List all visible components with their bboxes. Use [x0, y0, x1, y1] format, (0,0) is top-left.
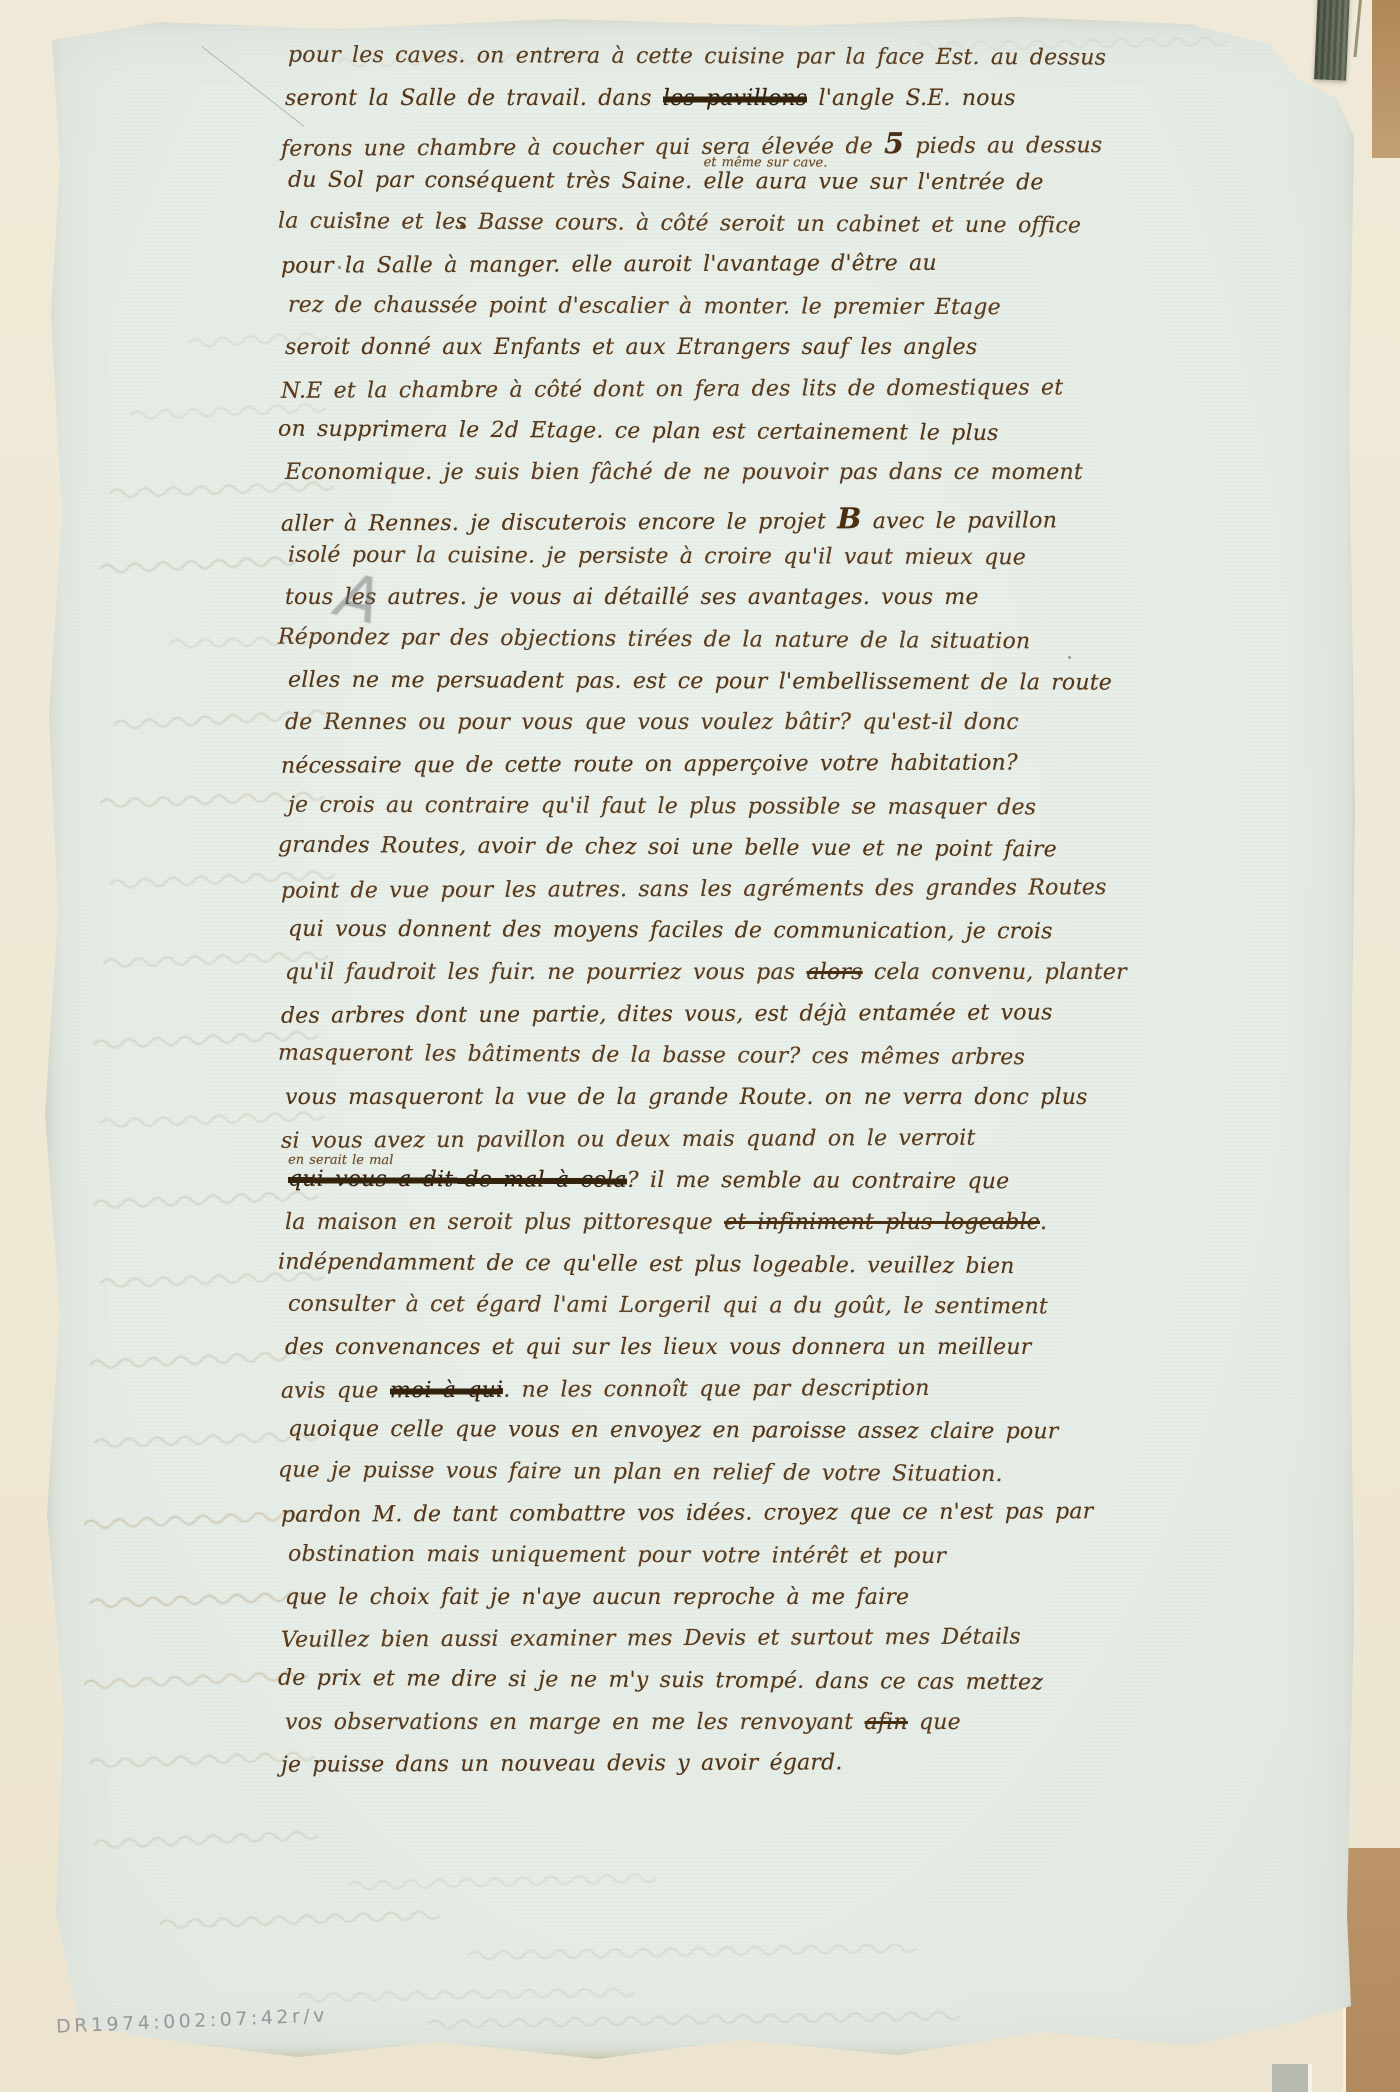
ink-segment: qui vous donnent des moyens faciles de c…	[288, 917, 1053, 945]
ink-segment: on supprimera le 2d Etage. ce plan est c…	[278, 416, 999, 445]
backing-board-bottom-right	[1343, 1848, 1400, 2092]
struck-ink-segment: alors	[806, 960, 862, 985]
ink-segment: je crois au contraire qu'il faut le plus…	[288, 792, 1036, 820]
manuscript-line: en serait le malqui vous a dit de mal à …	[288, 1167, 1063, 1211]
showthrough-line	[100, 1111, 300, 1130]
manuscript-line: consulter à cet égard l'ami Lorgeril qui…	[288, 1292, 1063, 1336]
ink-segment: indépendamment de ce qu'elle est plus lo…	[278, 1249, 1015, 1278]
ink-segment: de Rennes ou pour vous que vous voulez b…	[285, 710, 1019, 735]
ink-segment: ? il me semble au contraire que	[627, 1168, 1010, 1194]
manuscript-line: masqueront les bâtiments de la basse cou…	[278, 1041, 1053, 1087]
manuscript-line: aller à Rennes. je discuterois encore le…	[281, 500, 1056, 545]
manuscript-line: pardon M. de tant combattre vos idées. c…	[281, 1500, 1056, 1545]
manuscript-line: que je puisse vous faire un plan en reli…	[278, 1457, 1053, 1503]
ink-segment: consulter à cet égard l'ami Lorgeril qui…	[288, 1292, 1048, 1320]
ink-segment: nécessaire que de cette route on apperço…	[281, 750, 1018, 778]
ink-segment: Veuillez bien aussi examiner mes Devis e…	[281, 1625, 1021, 1653]
ink-segment: pardon M. de tant combattre vos idées. c…	[281, 1500, 1094, 1529]
showthrough-line	[90, 1750, 305, 1769]
ink-segment: Economique. je suis bien fâché de ne pou…	[285, 460, 1083, 485]
manuscript-line: N.E et la chambre à côté dont on fera de…	[281, 375, 1056, 420]
manuscript-line: des arbres dont une partie, dites vous, …	[281, 1000, 1056, 1045]
ink-segment: isolé pour la cuisine. je persiste à cro…	[288, 542, 1026, 570]
manuscript-line: de prix et me dire si je ne m'y suis tro…	[278, 1666, 1053, 1712]
manuscript-line: Répondez par des objections tirées de la…	[278, 625, 1053, 671]
ink-segment: elles ne me persuadent pas. est ce pour …	[288, 667, 1112, 695]
manuscript-line: nécessaire que de cette route on apperço…	[281, 750, 1056, 795]
struck-ink-segment: qui vous a dit de mal à cela	[288, 1167, 627, 1193]
ink-segment: que	[908, 1710, 961, 1735]
showthrough-line	[90, 1349, 305, 1370]
ink-segment: N.E et la chambre à côté dont on fera de…	[281, 375, 1063, 403]
struck-ink-segment: afin	[865, 1710, 908, 1735]
ink-segment: . ne les connoît que par description	[503, 1375, 929, 1402]
manuscript-line: je crois au contraire qu'il faut le plus…	[288, 792, 1063, 836]
ink-segment: elle aura vue sur l'entrée de	[703, 169, 1043, 195]
backing-board-top-right	[1372, 0, 1400, 158]
ink-speck	[1068, 656, 1071, 659]
ink-segment: pieds au dessus	[904, 133, 1102, 159]
mount-tab	[1272, 2064, 1308, 2092]
ink-segment: que je puisse vous faire un plan en reli…	[278, 1457, 1003, 1486]
struck-ink-segment: et infiniment plus logeable	[724, 1210, 1040, 1235]
ink-segment: vous masqueront la vue de la grande Rout…	[285, 1085, 1088, 1110]
manuscript-line: ferons une chambre à coucher qui sera él…	[281, 126, 1056, 171]
showthrough-line	[90, 1590, 305, 1609]
ink-segment: la maison en seroit plus pittoresque	[285, 1210, 724, 1235]
showthrough-line	[94, 1189, 309, 1210]
manuscript-line: quoique celle que vous en envoyez en par…	[288, 1417, 1063, 1461]
manuscript-text: pour les caves. on entrera à cette cuisi…	[285, 44, 1060, 1793]
ink-segment: l'angle S.E. nous	[807, 86, 1015, 111]
manuscript-line: avis que moi à qui. ne les connoît que p…	[281, 1375, 1056, 1420]
showthrough-line	[298, 1986, 618, 2004]
ink-segment: rez de chaussée point d'escalier à monte…	[288, 293, 1001, 320]
ink-segment: obstination mais uniquement pour votre i…	[288, 1542, 946, 1569]
manuscript-line: des convenances et qui sur les lieux vou…	[285, 1335, 1060, 1377]
manuscript-line: du Sol par conséquent très Saine. et mêm…	[288, 168, 1063, 212]
showthrough-line	[94, 1430, 304, 1449]
struck-ink-segment: moi à qui	[390, 1377, 503, 1402]
ink-segment: des convenances et qui sur les lieux vou…	[285, 1335, 1031, 1360]
ink-segment: Répondez par des objections tirées de la…	[278, 625, 1030, 655]
ink-segment: seroit donné aux Enfants et aux Etranger…	[285, 335, 977, 360]
manuscript-line: point de vue pour les autres. sans les a…	[281, 875, 1056, 920]
showthrough-line	[428, 2009, 948, 2030]
showthrough-line	[94, 1829, 304, 1850]
showthrough-line	[348, 1872, 648, 1892]
manuscript-line: indépendamment de ce qu'elle est plus lo…	[278, 1249, 1053, 1295]
showthrough-line	[468, 1942, 898, 1962]
showthrough-line	[160, 1909, 420, 1930]
manuscript-line: la maison en seroit plus pittoresque et …	[285, 1210, 1060, 1252]
ink-segment: aller à Rennes. je discuterois encore le…	[281, 509, 837, 536]
ink-segment: pour la Salle à manger. elle auroit l'av…	[281, 251, 937, 279]
ink-segment: de prix et me dire si je ne m'y suis tro…	[278, 1666, 1043, 1696]
manuscript-line: qui vous donnent des moyens faciles de c…	[288, 917, 1063, 961]
showthrough-line	[84, 1669, 304, 1691]
ribbon-bookmark	[1314, 0, 1350, 81]
manuscript-line: qu'il faudroit les fuir. ne pourriez vou…	[285, 960, 1060, 1002]
showthrough-line	[100, 1270, 305, 1289]
manuscript-line: tous les autres. je vous ai détaillé ses…	[285, 585, 1060, 627]
ink-segment: point de vue pour les autres. sans les a…	[281, 875, 1107, 904]
ink-segment: qu'il faudroit les fuir. ne pourriez vou…	[285, 960, 806, 985]
showthrough-line	[84, 1509, 304, 1531]
ink-segment: masqueront les bâtiments de la basse cou…	[278, 1041, 1025, 1071]
manuscript-line: que le choix fait je n'aye aucun reproch…	[285, 1585, 1060, 1627]
manuscript-line: isolé pour la cuisine. je persiste à cro…	[288, 542, 1063, 586]
manuscript-line: vos observations en marge en me les renv…	[285, 1710, 1060, 1752]
ink-segment: que le choix fait je n'aye aucun reproch…	[285, 1585, 909, 1610]
manuscript-line: seroit donné aux Enfants et aux Etranger…	[285, 335, 1060, 377]
ink-segment: du Sol par conséquent très Saine.	[288, 168, 704, 194]
paper-sheet: pour les caves. on entrera à cette cuisi…	[38, 14, 1358, 2062]
ink-segment: avis que	[281, 1378, 390, 1403]
ink-segment: tous les autres. je vous ai détaillé ses…	[285, 585, 979, 610]
ink-segment: la cuisine et les Basse cours. à côté se…	[278, 208, 1081, 238]
manuscript-line: si vous avez un pavillon ou deux mais qu…	[281, 1125, 1056, 1170]
ink-segment: .	[1040, 1210, 1047, 1235]
ink-segment: B	[837, 501, 862, 535]
manuscript-line: obstination mais uniquement pour votre i…	[288, 1542, 1063, 1586]
binding-cord	[1353, 0, 1362, 57]
showthrough-line	[100, 790, 310, 809]
showthrough-line	[104, 951, 304, 970]
manuscript-line: Economique. je suis bien fâché de ne pou…	[285, 460, 1060, 502]
manuscript-line: la cuisine et les Basse cours. à côté se…	[278, 208, 1053, 254]
manuscript-line: seront la Salle de travail. dans les pav…	[285, 86, 1060, 128]
showthrough-line	[94, 1029, 304, 1050]
ink-segment: quoique celle que vous en envoyez en par…	[288, 1417, 1059, 1445]
ink-segment: seront la Salle de travail. dans	[285, 86, 663, 111]
ink-segment: 5	[884, 126, 904, 160]
manuscript-line: je puisse dans un nouveau devis y avoir …	[281, 1750, 1056, 1795]
manuscript-line: grandes Routes, avoir de chez soi une be…	[278, 833, 1053, 879]
ink-segment: vos observations en marge en me les renv…	[285, 1710, 865, 1735]
manuscript-line: vous masqueront la vue de la grande Rout…	[285, 1085, 1060, 1127]
manuscript-line: elles ne me persuadent pas. est ce pour …	[288, 667, 1063, 711]
manuscript-line: pour les caves. on entrera à cette cuisi…	[288, 43, 1063, 87]
scan-background: pour les caves. on entrera à cette cuisi…	[0, 0, 1400, 2092]
manuscript-line: rez de chaussée point d'escalier à monte…	[288, 293, 1063, 337]
manuscript-line: pour la Salle à manger. elle auroit l'av…	[281, 251, 1056, 296]
ink-segment: grandes Routes, avoir de chez soi une be…	[278, 833, 1057, 863]
manuscript-line: on supprimera le 2d Etage. ce plan est c…	[278, 416, 1053, 462]
ink-segment: cela convenu, planter	[863, 960, 1127, 985]
ink-segment: des arbres dont une partie, dites vous, …	[281, 1000, 1053, 1028]
ink-segment: pour les caves. on entrera à cette cuisi…	[288, 43, 1106, 71]
ink-segment: je puisse dans un nouveau devis y avoir …	[281, 1751, 843, 1778]
showthrough-line	[130, 402, 300, 421]
showthrough-line	[110, 481, 310, 500]
ink-segment: si vous avez un pavillon ou deux mais qu…	[281, 1125, 976, 1153]
struck-ink-segment: les pavillons	[663, 86, 807, 111]
manuscript-line: de Rennes ou pour vous que vous voulez b…	[285, 710, 1060, 752]
manuscript-line: Veuillez bien aussi examiner mes Devis e…	[281, 1625, 1056, 1670]
ink-segment: avec le pavillon	[862, 508, 1058, 534]
showthrough-line	[100, 555, 285, 575]
